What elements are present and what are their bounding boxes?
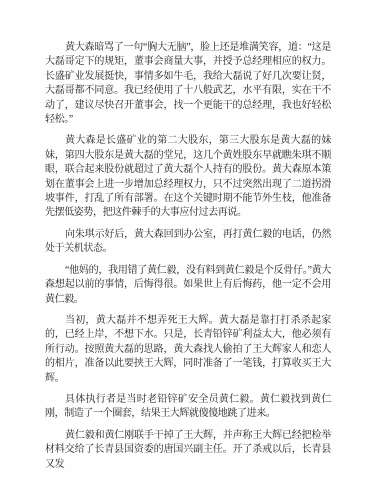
book-page: 黄大森暗骂了一句“胸大无脑”，脸上还是堆满笑容，道：“这是大磊哥定下的规矩，董事… — [0, 0, 370, 480]
paragraph: 黄大森是长盛矿业的第二大股东，第三大股东是黄大磊的妹妹，第四大股东是黄大磊的堂兄… — [45, 134, 331, 220]
paragraph: 黄大森暗骂了一句“胸大无脑”，脸上还是堆满笑容，道：“这是大磊哥定下的规矩，董事… — [45, 41, 331, 127]
page-text-area: 黄大森暗骂了一句“胸大无脑”，脸上还是堆满笑容，道：“这是大磊哥定下的规矩，董事… — [45, 41, 331, 472]
paragraph: 向朱琪示好后，黄大森回到办公室，再打黄仁毅的电话，仍然处于关机状态。 — [45, 228, 331, 257]
paragraph: 黄仁毅和黄仁刚联手干掉了王大辉，并声称王大辉已经把检举材料交给了长青县国资委的唐… — [45, 429, 331, 472]
paragraph: 当初，黄大磊并不想弄死王大辉。黄大磊是靠打打杀杀起家的，已经上岸，不想下水。只是… — [45, 314, 331, 386]
paragraph: “他妈的，我用错了黄仁毅，没有料到黄仁毅是个反骨仔。”黄大森想起以前的事情，后悔… — [45, 264, 331, 307]
paragraph: 具体执行者是当时老铅锌矿安全员黄仁毅。黄仁毅找到黄仁刚，制造了一个圈套，结果王大… — [45, 393, 331, 422]
